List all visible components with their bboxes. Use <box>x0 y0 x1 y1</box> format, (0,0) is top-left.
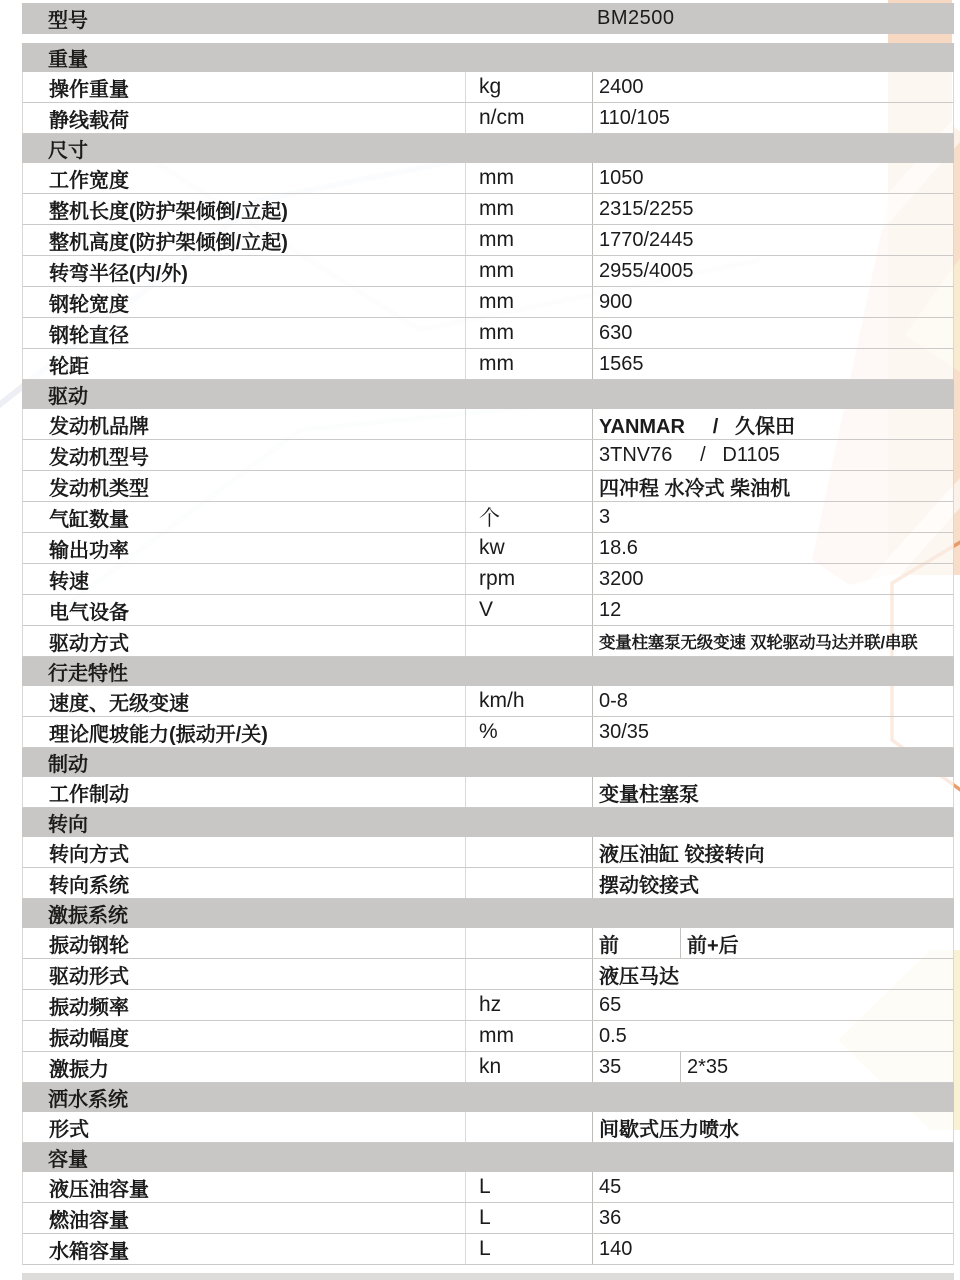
section-title: 尺寸 <box>48 134 88 163</box>
spec-row: 转向方式液压油缸 铰接转向 <box>22 837 954 868</box>
section-header: 容量 <box>22 1143 954 1172</box>
row-label: 振动钢轮 <box>23 928 466 958</box>
row-label: 驱动方式 <box>23 626 466 656</box>
spec-table: 型号 BM2500 重量操作重量kg2400静线载荷n/cm110/105尺寸工… <box>22 3 954 1265</box>
spec-row: 钢轮直径mm630 <box>22 318 954 349</box>
row-unit <box>466 409 593 439</box>
row-value: 3200 <box>593 564 953 594</box>
sections-root: 重量操作重量kg2400静线载荷n/cm110/105尺寸工作宽度mm1050整… <box>22 43 954 1265</box>
row-value: 间歇式压力喷水 <box>593 1112 953 1142</box>
row-label: 静线载荷 <box>23 103 466 133</box>
row-unit: kw <box>466 533 593 563</box>
row-label: 钢轮宽度 <box>23 287 466 317</box>
row-label: 钢轮直径 <box>23 318 466 348</box>
row-value: 四冲程 水冷式 柴油机 <box>593 471 953 501</box>
row-unit: kg <box>466 72 593 102</box>
section-header: 尺寸 <box>22 134 954 163</box>
row-label: 电气设备 <box>23 595 466 625</box>
section-title: 激振系统 <box>48 899 128 928</box>
spec-row: 转弯半径(内/外)mm2955/4005 <box>22 256 954 287</box>
band-gap <box>22 34 954 43</box>
row-label: 发动机类型 <box>23 471 466 501</box>
row-label: 整机长度(防护架倾倒/立起) <box>23 194 466 224</box>
section-title: 行走特性 <box>48 657 128 686</box>
row-unit: mm <box>466 318 593 348</box>
section-header: 制动 <box>22 748 954 777</box>
row-unit <box>466 777 593 807</box>
spec-row: 电气设备V12 <box>22 595 954 626</box>
spec-row: 激振力kn352*35 <box>22 1052 954 1083</box>
spec-row: 钢轮宽度mm900 <box>22 287 954 318</box>
row-label: 理论爬坡能力(振动开/关) <box>23 717 466 747</box>
row-label: 形式 <box>23 1112 466 1142</box>
row-unit: km/h <box>466 686 593 716</box>
row-value: 630 <box>593 318 953 348</box>
row-label: 工作制动 <box>23 777 466 807</box>
row-unit: mm <box>466 256 593 286</box>
section-header: 洒水系统 <box>22 1083 954 1112</box>
row-value: 900 <box>593 287 953 317</box>
row-label: 转向方式 <box>23 837 466 867</box>
row-value: 140 <box>593 1234 953 1264</box>
section-title: 重量 <box>48 43 88 72</box>
row-label: 振动幅度 <box>23 1021 466 1051</box>
row-value: YANMAR / 久保田 <box>593 409 953 439</box>
spec-sheet-page: 型号 BM2500 重量操作重量kg2400静线载荷n/cm110/105尺寸工… <box>0 0 960 1280</box>
row-label: 转速 <box>23 564 466 594</box>
row-unit <box>466 868 593 898</box>
section-title: 制动 <box>48 748 88 777</box>
model-label: 型号 <box>22 4 597 33</box>
section-header: 行走特性 <box>22 657 954 686</box>
row-label: 振动频率 <box>23 990 466 1020</box>
row-value: 3TNV76 / D1105 <box>593 440 953 470</box>
row-unit <box>466 959 593 989</box>
row-unit: kn <box>466 1052 593 1082</box>
row-unit: mm <box>466 225 593 255</box>
spec-row: 振动频率hz65 <box>22 990 954 1021</box>
spec-row: 速度、无级变速km/h0-8 <box>22 686 954 717</box>
row-unit: mm <box>466 194 593 224</box>
row-value: 1565 <box>593 349 953 379</box>
row-unit: hz <box>466 990 593 1020</box>
row-label: 工作宽度 <box>23 163 466 193</box>
row-value: 液压马达 <box>593 959 953 989</box>
row-value: 液压油缸 铰接转向 <box>593 837 953 867</box>
row-value: 18.6 <box>593 533 953 563</box>
row-label: 燃油容量 <box>23 1203 466 1233</box>
row-value: 36 <box>593 1203 953 1233</box>
row-unit: mm <box>466 163 593 193</box>
row-value: 2955/4005 <box>593 256 953 286</box>
row-label: 气缸数量 <box>23 502 466 532</box>
spec-row: 操作重量kg2400 <box>22 72 954 103</box>
row-label: 激振力 <box>23 1052 466 1082</box>
row-label: 速度、无级变速 <box>23 686 466 716</box>
row-unit <box>466 471 593 501</box>
section-title: 转向 <box>48 808 88 837</box>
spec-row: 发动机品牌YANMAR / 久保田 <box>22 409 954 440</box>
row-label: 转弯半径(内/外) <box>23 256 466 286</box>
row-label: 轮距 <box>23 349 466 379</box>
row-unit <box>466 440 593 470</box>
row-value: 35 <box>593 1052 681 1082</box>
row-unit: mm <box>466 1021 593 1051</box>
spec-row: 振动钢轮前前+后 <box>22 928 954 959</box>
row-label: 转向系统 <box>23 868 466 898</box>
row-value: 65 <box>593 990 953 1020</box>
row-label: 发动机型号 <box>23 440 466 470</box>
row-label: 液压油容量 <box>23 1172 466 1202</box>
row-value-secondary: 前+后 <box>681 928 953 958</box>
row-value: 1050 <box>593 163 953 193</box>
row-value: 110/105 <box>593 103 953 133</box>
row-value: 0.5 <box>593 1021 953 1051</box>
row-label: 驱动形式 <box>23 959 466 989</box>
row-unit: % <box>466 717 593 747</box>
row-value: 45 <box>593 1172 953 1202</box>
spec-row: 工作制动变量柱塞泵 <box>22 777 954 808</box>
spec-row: 工作宽度mm1050 <box>22 163 954 194</box>
model-row: 型号 BM2500 <box>22 3 954 34</box>
row-value: 30/35 <box>593 717 953 747</box>
row-value-secondary: 2*35 <box>681 1052 953 1082</box>
row-unit <box>466 928 593 958</box>
model-value: BM2500 <box>597 7 675 30</box>
row-value: 0-8 <box>593 686 953 716</box>
row-label: 输出功率 <box>23 533 466 563</box>
row-label: 整机高度(防护架倾倒/立起) <box>23 225 466 255</box>
row-unit <box>466 1112 593 1142</box>
row-value: 2400 <box>593 72 953 102</box>
section-title: 容量 <box>48 1143 88 1172</box>
spec-row: 气缸数量个3 <box>22 502 954 533</box>
spec-row: 整机长度(防护架倾倒/立起)mm2315/2255 <box>22 194 954 225</box>
section-header: 驱动 <box>22 380 954 409</box>
row-unit: 个 <box>466 502 593 532</box>
section-header: 激振系统 <box>22 899 954 928</box>
row-unit: V <box>466 595 593 625</box>
row-label: 发动机品牌 <box>23 409 466 439</box>
spec-row: 输出功率kw18.6 <box>22 533 954 564</box>
row-unit: mm <box>466 349 593 379</box>
row-unit: n/cm <box>466 103 593 133</box>
spec-row: 轮距mm1565 <box>22 349 954 380</box>
bottom-partial-band <box>22 1273 954 1280</box>
row-label: 操作重量 <box>23 72 466 102</box>
spec-row: 发动机型号3TNV76 / D1105 <box>22 440 954 471</box>
section-header: 转向 <box>22 808 954 837</box>
spec-row: 驱动方式变量柱塞泵无级变速 双轮驱动马达并联/串联 <box>22 626 954 657</box>
row-unit: L <box>466 1234 593 1264</box>
row-value: 2315/2255 <box>593 194 953 224</box>
row-value: 变量柱塞泵 <box>593 777 953 807</box>
row-unit: mm <box>466 287 593 317</box>
spec-row: 静线载荷n/cm110/105 <box>22 103 954 134</box>
spec-row: 转向系统摆动铰接式 <box>22 868 954 899</box>
spec-row: 形式间歇式压力喷水 <box>22 1112 954 1143</box>
spec-row: 整机高度(防护架倾倒/立起)mm1770/2445 <box>22 225 954 256</box>
row-unit: rpm <box>466 564 593 594</box>
spec-row: 振动幅度mm0.5 <box>22 1021 954 1052</box>
section-title: 洒水系统 <box>48 1083 128 1112</box>
spec-row: 燃油容量L36 <box>22 1203 954 1234</box>
spec-row: 转速rpm3200 <box>22 564 954 595</box>
spec-row: 液压油容量L45 <box>22 1172 954 1203</box>
spec-row: 驱动形式液压马达 <box>22 959 954 990</box>
row-unit: L <box>466 1172 593 1202</box>
row-unit: L <box>466 1203 593 1233</box>
spec-row: 发动机类型四冲程 水冷式 柴油机 <box>22 471 954 502</box>
spec-row: 水箱容量L140 <box>22 1234 954 1265</box>
row-unit <box>466 626 593 656</box>
spec-row: 理论爬坡能力(振动开/关)%30/35 <box>22 717 954 748</box>
row-value: 变量柱塞泵无级变速 双轮驱动马达并联/串联 <box>593 626 953 656</box>
row-value: 12 <box>593 595 953 625</box>
section-title: 驱动 <box>48 380 88 409</box>
row-label: 水箱容量 <box>23 1234 466 1264</box>
row-value: 摆动铰接式 <box>593 868 953 898</box>
row-value: 1770/2445 <box>593 225 953 255</box>
row-value: 前 <box>593 928 681 958</box>
row-unit <box>466 837 593 867</box>
section-header: 重量 <box>22 43 954 72</box>
row-value: 3 <box>593 502 953 532</box>
